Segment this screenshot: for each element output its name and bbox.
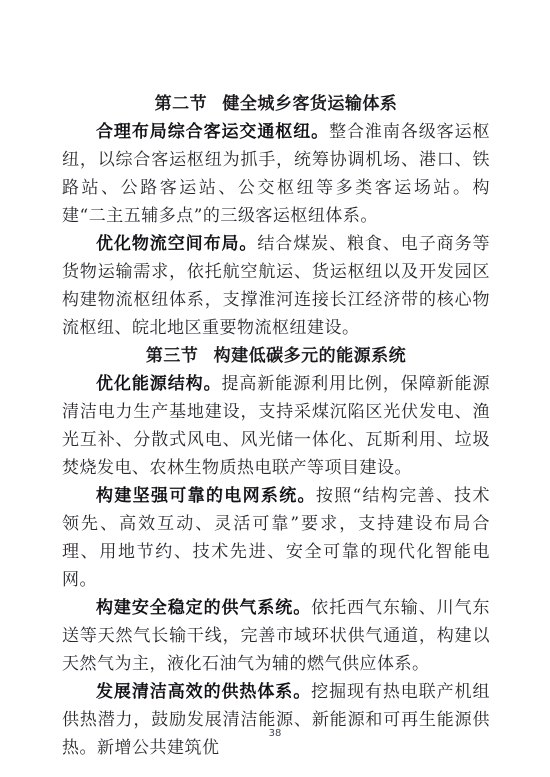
section-heading-label: 第三节 bbox=[146, 346, 199, 366]
paragraph-lead: 构建坚强可靠的电网系统。 bbox=[96, 486, 316, 506]
page-number: 38 bbox=[0, 728, 550, 739]
section-heading-title: 健全城乡客货运输体系 bbox=[222, 94, 397, 114]
paragraph: 发展清洁高效的供热体系。挖掘现有热电联产机组供热潜力，鼓励发展清洁能源、新能源和… bbox=[62, 678, 490, 762]
paragraph: 合理布局综合客运交通枢纽。整合淮南各级客运枢纽，以综合客运枢纽为抓手，统筹协调机… bbox=[62, 118, 490, 230]
paragraph: 优化物流空间布局。结合煤炭、粮食、电子商务等货物运输需求，依托航空航运、货运枢纽… bbox=[62, 230, 490, 342]
paragraph-lead: 合理布局综合客运交通枢纽。 bbox=[96, 122, 329, 142]
document-page: 第二节健全城乡客货运输体系合理布局综合客运交通枢纽。整合淮南各级客运枢纽，以综合… bbox=[0, 0, 550, 777]
section-heading-label: 第二节 bbox=[155, 94, 208, 114]
paragraph-lead: 发展清洁高效的供热体系。 bbox=[96, 682, 311, 702]
section-heading-title: 构建低碳多元的能源系统 bbox=[214, 346, 407, 366]
document-content: 第二节健全城乡客货运输体系合理布局综合客运交通枢纽。整合淮南各级客运枢纽，以综合… bbox=[62, 90, 490, 762]
paragraph-lead: 构建安全稳定的供气系统。 bbox=[96, 598, 311, 618]
paragraph: 优化能源结构。提高新能源利用比例，保障新能源清洁电力生产基地建设，支持采煤沉陷区… bbox=[62, 370, 490, 482]
section-heading: 第二节健全城乡客货运输体系 bbox=[62, 90, 490, 118]
paragraph: 构建坚强可靠的电网系统。按照“结构完善、技术领先、高效互动、灵活可靠”要求，支持… bbox=[62, 482, 490, 594]
section-heading: 第三节构建低碳多元的能源系统 bbox=[62, 342, 490, 370]
paragraph-lead: 优化物流空间布局。 bbox=[96, 234, 257, 254]
paragraph-lead: 优化能源结构。 bbox=[96, 374, 222, 394]
paragraph: 构建安全稳定的供气系统。依托西气东输、川气东送等天然气长输干线，完善市域环状供气… bbox=[62, 594, 490, 678]
